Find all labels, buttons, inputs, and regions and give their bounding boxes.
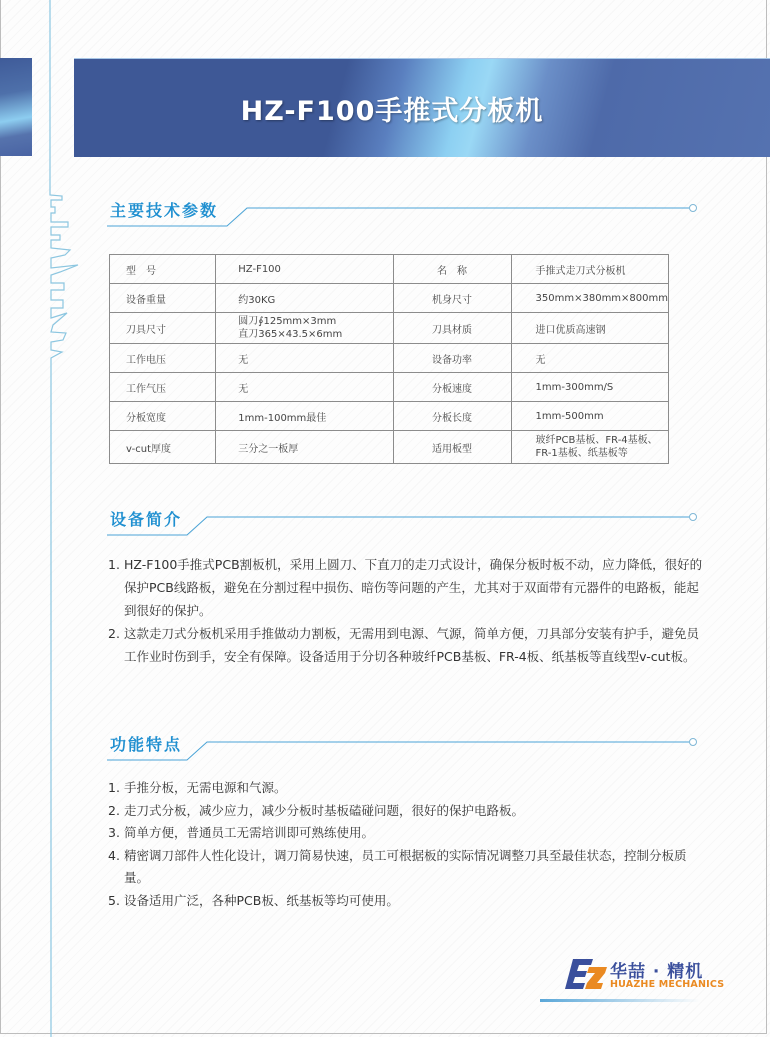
spec-value: 三分之一板厚	[216, 431, 393, 464]
table-row: 工作气压 无 分板速度 1mm-300mm/S	[110, 373, 669, 402]
title-banner: HZ-F100手推式分板机	[74, 58, 770, 157]
spec-value: 进口优质高速钢	[511, 313, 668, 344]
logo-underline	[540, 999, 700, 1002]
spec-key: 分板宽度	[110, 402, 216, 431]
list-text: 设备适用广泛，各种PCB板、纸基板等均可使用。	[124, 890, 708, 913]
spec-key: 刀具材质	[393, 313, 511, 344]
table-row: v-cut厚度 三分之一板厚 适用板型 玻纤PCB基板、FR-4基板、 FR-1…	[110, 431, 669, 464]
list-number: 3.	[108, 822, 124, 845]
table-row: 工作电压 无 设备功率 无	[110, 344, 669, 373]
list-number: 4.	[108, 845, 124, 890]
table-row: 刀具尺寸 圆刀∮125mm×3mm 直刀365×43.5×6mm 刀具材质 进口…	[110, 313, 669, 344]
spec-value-line: 玻纤PCB基板、FR-4基板、	[536, 434, 668, 447]
logo-english-name: HUAZHE MECHANICS	[610, 979, 724, 990]
spec-key: 适用板型	[393, 431, 511, 464]
company-logo: 华喆 · 精机 HUAZHE MECHANICS	[565, 955, 745, 995]
hz-logo-icon	[565, 957, 607, 993]
list-number: 2.	[108, 800, 124, 823]
spec-value: 1mm-100mm最佳	[216, 402, 393, 431]
spec-value: HZ-F100	[216, 255, 393, 284]
list-item: 2. 这款走刀式分板机采用手推做动力割板，无需用到电源、气源，简单方便，刀具部分…	[108, 622, 708, 668]
section-header-intro: 设备简介	[107, 507, 697, 537]
list-text: 手推分板，无需电源和气源。	[124, 777, 708, 800]
spec-key: v-cut厚度	[110, 431, 216, 464]
spec-value: 圆刀∮125mm×3mm 直刀365×43.5×6mm	[216, 313, 393, 344]
section-title-specs: 主要技术参数	[110, 198, 218, 221]
list-item: 4. 精密调刀部件人性化设计，调刀简易快速，员工可根据板的实际情况调整刀具至最佳…	[108, 845, 708, 890]
spec-key: 机身尺寸	[393, 284, 511, 313]
spec-value: 无	[511, 344, 668, 373]
spec-value-line: 圆刀∮125mm×3mm	[238, 315, 392, 328]
spec-key: 型 号	[110, 255, 216, 284]
intro-list: 1. HZ-F100手推式PCB割板机，采用上圆刀、下直刀的走刀式设计，确保分板…	[108, 553, 708, 668]
list-text: 走刀式分板，减少应力，减少分板时基板磕碰问题，很好的保护电路板。	[124, 800, 708, 823]
list-item: 3. 简单方便，普通员工无需培训即可熟练使用。	[108, 822, 708, 845]
table-row: 型 号 HZ-F100 名 称 手推式走刀式分板机	[110, 255, 669, 284]
spec-value: 1mm-300mm/S	[511, 373, 668, 402]
list-text: 简单方便，普通员工无需培训即可熟练使用。	[124, 822, 708, 845]
list-number: 5.	[108, 890, 124, 913]
spec-value: 无	[216, 373, 393, 402]
spec-table: 型 号 HZ-F100 名 称 手推式走刀式分板机 设备重量 约30KG 机身尺…	[109, 254, 669, 464]
spec-key: 工作气压	[110, 373, 216, 402]
spec-key: 设备功率	[393, 344, 511, 373]
spec-value-line: 直刀365×43.5×6mm	[238, 328, 392, 341]
spec-value: 手推式走刀式分板机	[511, 255, 668, 284]
list-text: 精密调刀部件人性化设计，调刀简易快速，员工可根据板的实际情况调整刀具至最佳状态，…	[124, 845, 708, 890]
spec-value: 1mm-500mm	[511, 402, 668, 431]
section-underline-decoration	[107, 507, 697, 537]
list-item: 5. 设备适用广泛，各种PCB板、纸基板等均可使用。	[108, 890, 708, 913]
list-number: 1.	[108, 777, 124, 800]
spec-key: 刀具尺寸	[110, 313, 216, 344]
spec-value: 350mm×380mm×800mm	[511, 284, 668, 313]
page-title: HZ-F100手推式分板机	[241, 89, 544, 128]
list-number: 1.	[108, 553, 124, 622]
spec-key: 名 称	[393, 255, 511, 284]
section-title-intro: 设备简介	[110, 507, 182, 530]
spec-key: 分板速度	[393, 373, 511, 402]
spec-value: 约30KG	[216, 284, 393, 313]
section-underline-decoration	[107, 732, 697, 762]
spec-key: 分板长度	[393, 402, 511, 431]
section-title-features: 功能特点	[110, 732, 182, 755]
spec-key: 设备重量	[110, 284, 216, 313]
features-list: 1. 手推分板，无需电源和气源。 2. 走刀式分板，减少应力，减少分板时基板磕碰…	[108, 777, 708, 912]
list-item: 2. 走刀式分板，减少应力，减少分板时基板磕碰问题，很好的保护电路板。	[108, 800, 708, 823]
section-header-features: 功能特点	[107, 732, 697, 762]
list-number: 2.	[108, 622, 124, 668]
spec-value: 玻纤PCB基板、FR-4基板、 FR-1基板、纸基板等	[511, 431, 668, 464]
list-item: 1. HZ-F100手推式PCB割板机，采用上圆刀、下直刀的走刀式设计，确保分板…	[108, 553, 708, 622]
table-row: 设备重量 约30KG 机身尺寸 350mm×380mm×800mm	[110, 284, 669, 313]
list-text: HZ-F100手推式PCB割板机，采用上圆刀、下直刀的走刀式设计，确保分板时板不…	[124, 553, 708, 622]
section-header-specs: 主要技术参数	[107, 198, 697, 228]
list-text: 这款走刀式分板机采用手推做动力割板，无需用到电源、气源，简单方便，刀具部分安装有…	[124, 622, 708, 668]
spec-key: 工作电压	[110, 344, 216, 373]
spec-value: 无	[216, 344, 393, 373]
table-row: 分板宽度 1mm-100mm最佳 分板长度 1mm-500mm	[110, 402, 669, 431]
spec-value-line: FR-1基板、纸基板等	[536, 447, 668, 460]
list-item: 1. 手推分板，无需电源和气源。	[108, 777, 708, 800]
